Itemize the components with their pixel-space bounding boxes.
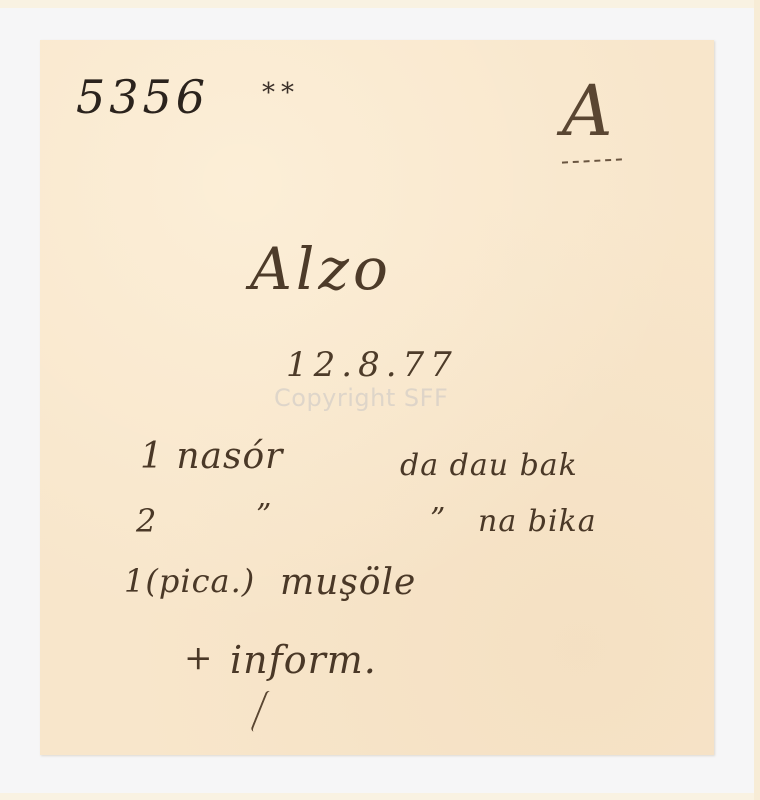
category-letter: A: [562, 70, 614, 152]
scan-edge: [754, 0, 760, 800]
entry-detail: muşöle: [280, 562, 416, 603]
entry-detail: na bika: [478, 504, 597, 539]
category-underline: [562, 158, 622, 165]
entry-detail: inform.: [230, 638, 377, 682]
place-name: Alzo: [250, 235, 392, 303]
pen-stroke: [250, 690, 276, 735]
record-date: 12.8.77: [286, 345, 458, 385]
ditto-mark: ”: [256, 498, 272, 533]
accession-number: 5356: [76, 70, 209, 124]
entry-detail: da dau bak: [400, 448, 578, 483]
ditto-mark: ”: [430, 502, 446, 537]
entry-count: +: [184, 638, 214, 678]
entry-count: 2: [136, 502, 157, 540]
entry-count: 1 nasór: [140, 436, 283, 477]
entry-count: 1(pica.): [124, 562, 255, 600]
copyright-watermark: Copyright SFF: [274, 384, 448, 412]
star-marks: **: [262, 78, 300, 108]
record-card: 5356 ** A Alzo 12.8.77 Copyright SFF 1 n…: [40, 40, 714, 755]
